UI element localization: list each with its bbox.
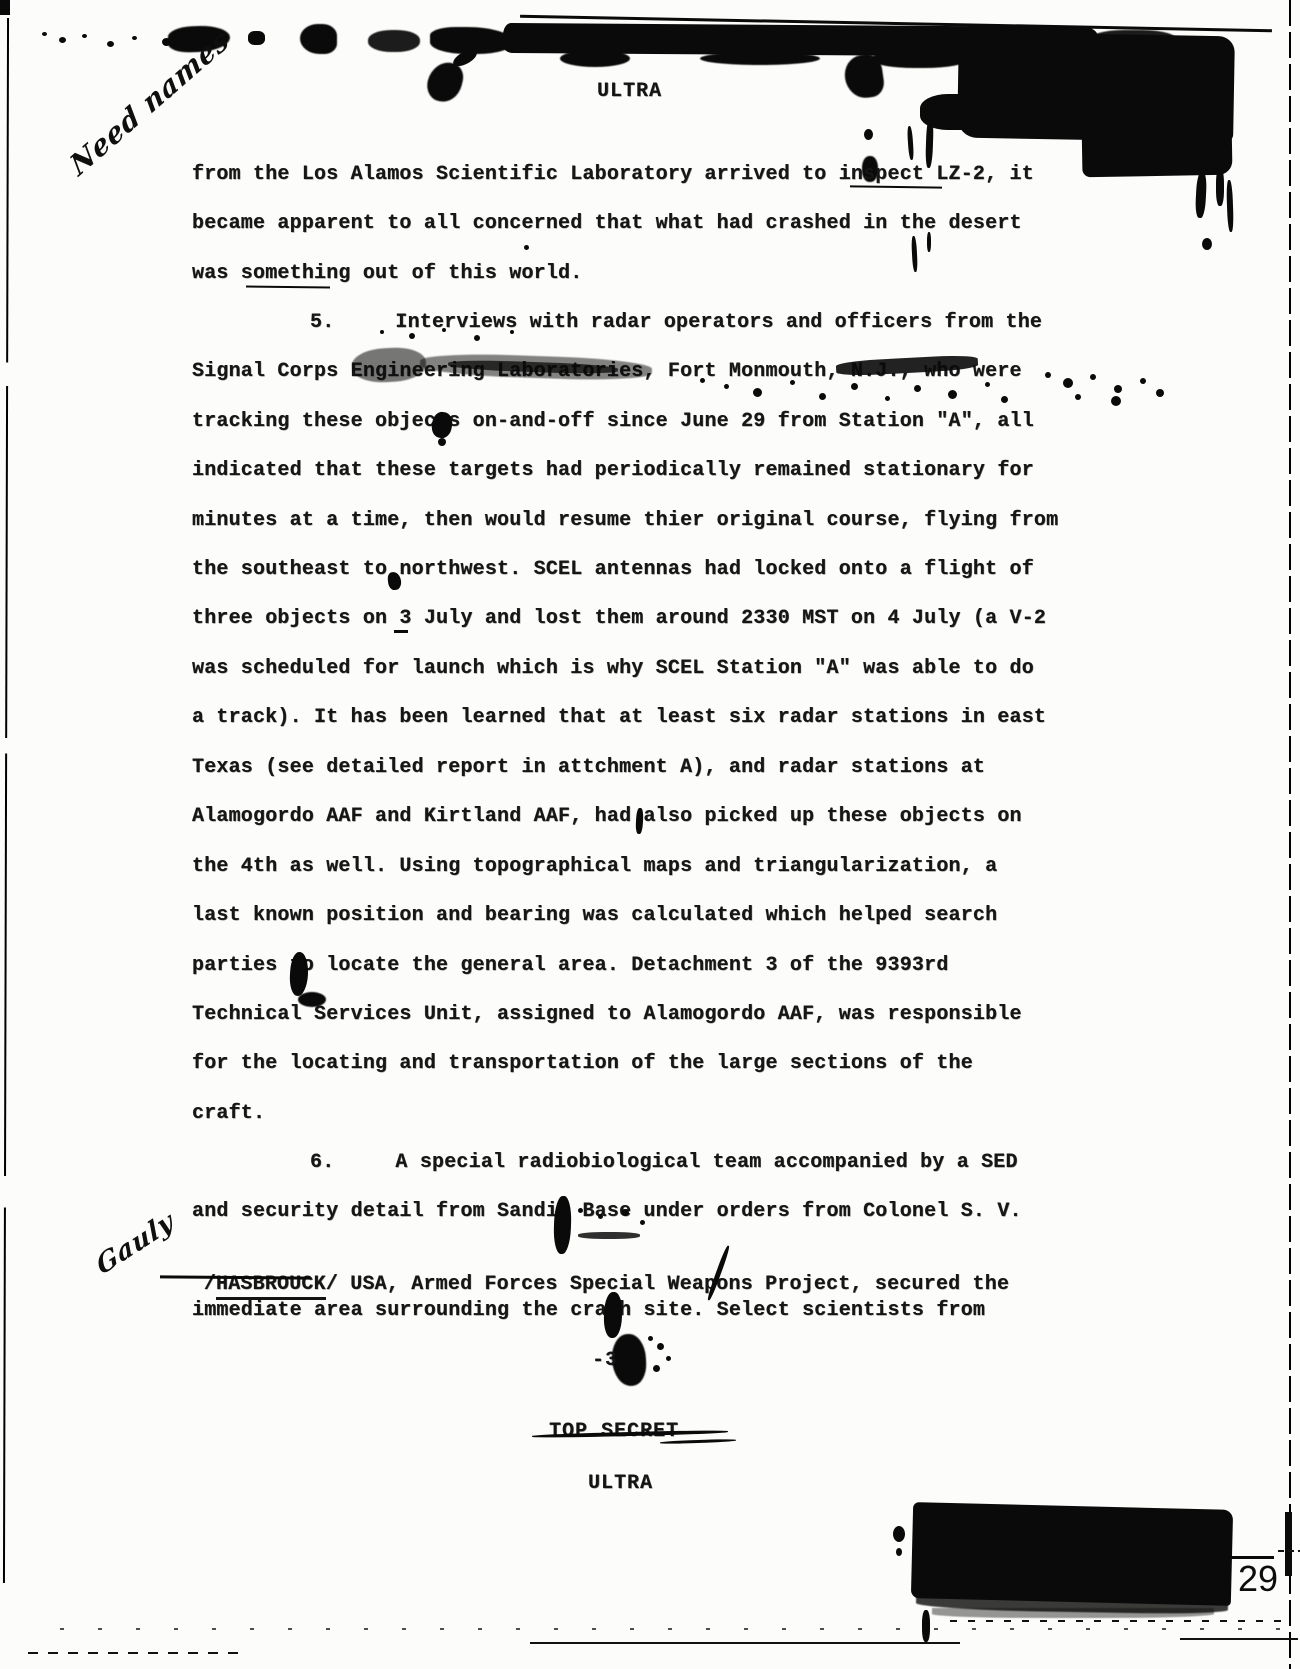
ink-stroke xyxy=(927,232,931,252)
ink-stroke xyxy=(911,236,918,272)
ink-speckle-cloud xyxy=(648,1336,653,1341)
scan-edge-blob-right xyxy=(1285,1512,1292,1576)
typed-line-paragraph-5-start: 5. Interviews with radar operators and o… xyxy=(310,311,1042,334)
ink-speckle-cloud xyxy=(700,378,705,383)
typed-line: indicated that these targets had periodi… xyxy=(192,459,1034,482)
typed-line: was something out of this world. xyxy=(192,262,582,285)
ink-blot xyxy=(553,1196,572,1255)
typed-line: Texas (see detailed report in attchment … xyxy=(192,756,985,779)
ink-blot xyxy=(298,992,326,1007)
redaction-fringe xyxy=(932,1608,1214,1618)
typed-line: minutes at a time, then would resume thi… xyxy=(192,509,1058,532)
pagenum-frame-dashes xyxy=(1278,1550,1300,1552)
typed-line: three objects on 3 July and lost them ar… xyxy=(192,607,1046,630)
redaction-drip xyxy=(1226,180,1234,232)
ink-stroke xyxy=(925,118,934,168)
redaction-drip xyxy=(922,1610,930,1642)
footer-classification: ULTRA xyxy=(588,1472,653,1495)
ink-blot xyxy=(430,411,453,440)
scan-noise-line xyxy=(28,1652,240,1654)
ink-speckle-cloud xyxy=(1045,372,1051,378)
ink-speckle-cloud xyxy=(380,330,384,334)
scan-noise-line xyxy=(530,1642,960,1644)
scan-noise-line xyxy=(1180,1638,1298,1640)
scan-corner-tick xyxy=(0,0,10,15)
ink-dot xyxy=(864,129,873,140)
typed-line: became apparent to all concerned that wh… xyxy=(192,212,1022,235)
typed-line: and security detail from Sandia Base und… xyxy=(192,1200,1022,1223)
ink-smudge xyxy=(560,50,630,67)
typed-line: from the Los Alamos Scientific Laborator… xyxy=(192,163,1034,186)
ink-smudge xyxy=(872,50,967,68)
handwritten-note-need-names: Need names xyxy=(65,22,235,183)
header-classification: ULTRA xyxy=(597,80,662,103)
ink-underline-artifact xyxy=(394,630,408,633)
redaction-drip xyxy=(1216,168,1224,206)
typed-line: last known position and bearing was calc… xyxy=(192,904,997,927)
typed-line: for the locating and transportation of t… xyxy=(192,1052,973,1075)
typed-line: the 4th as well. Using topographical map… xyxy=(192,855,997,878)
typed-line: tracking these objects on-and-off since … xyxy=(192,410,1034,433)
stamped-page-number: 29 xyxy=(1238,1558,1278,1600)
ink-smear xyxy=(603,1292,623,1339)
ink-underline-artifact xyxy=(246,286,330,289)
ink-stroke xyxy=(907,126,914,160)
typed-line: was scheduled for launch which is why SC… xyxy=(192,657,1034,680)
scan-edge-line-left xyxy=(3,18,9,1583)
ink-dot xyxy=(896,1548,902,1556)
redaction-drip xyxy=(1195,172,1207,218)
ink-speckle-cloud xyxy=(578,1208,583,1213)
typed-page-number: -3 xyxy=(592,1349,618,1372)
ink-smear xyxy=(578,1232,640,1239)
ink-dot xyxy=(524,245,529,250)
redaction-block xyxy=(1082,117,1233,178)
scanned-document-page: ULTRA Need names Gauly from the Los Alam… xyxy=(0,0,1300,1669)
ink-smudge xyxy=(700,52,820,65)
ink-dot xyxy=(438,438,446,446)
ink-speckle-cloud xyxy=(42,32,47,36)
scan-noise-line xyxy=(60,1628,1288,1630)
ink-mark xyxy=(635,808,643,834)
ink-smudge xyxy=(368,30,420,52)
ink-blot xyxy=(288,951,309,996)
redaction-block-bottom xyxy=(911,1502,1233,1606)
typed-line: a track). It has been learned that at le… xyxy=(192,706,1046,729)
scan-edge-line-right xyxy=(1289,0,1291,1669)
typed-line: the southeast to northwest. SCEL antenna… xyxy=(192,558,1034,581)
ink-smudge xyxy=(300,24,337,54)
ink-blob xyxy=(893,1526,905,1542)
ink-dot xyxy=(1202,238,1212,250)
ink-smudge xyxy=(248,31,265,45)
typed-line: Alamogordo AAF and Kirtland AAF, had als… xyxy=(192,805,1022,828)
typed-line-paragraph-6-start: 6. A special radiobiological team accomp… xyxy=(310,1151,1018,1174)
scan-noise-line xyxy=(950,1620,1288,1622)
typed-line: craft. xyxy=(192,1102,265,1125)
typed-line: immediate area surrounding the crash sit… xyxy=(192,1299,985,1322)
hasbrouck-rest: / USA, Armed Forces Special Weapons Proj… xyxy=(326,1273,1009,1296)
